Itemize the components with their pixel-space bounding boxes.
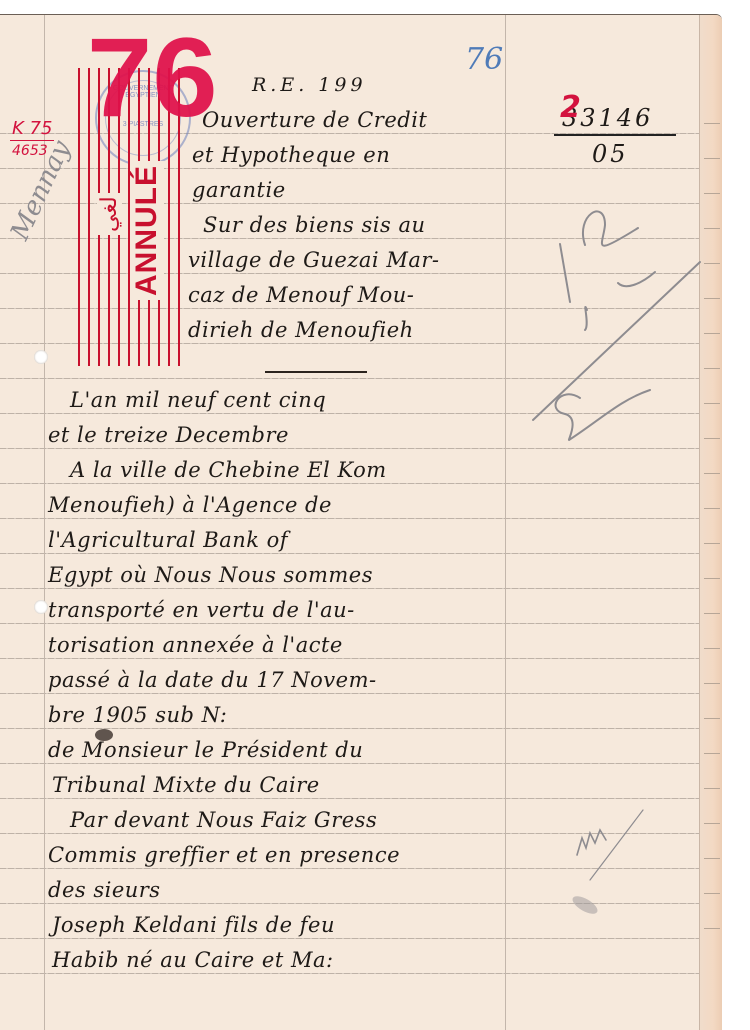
pencil-marks (0, 0, 750, 1030)
